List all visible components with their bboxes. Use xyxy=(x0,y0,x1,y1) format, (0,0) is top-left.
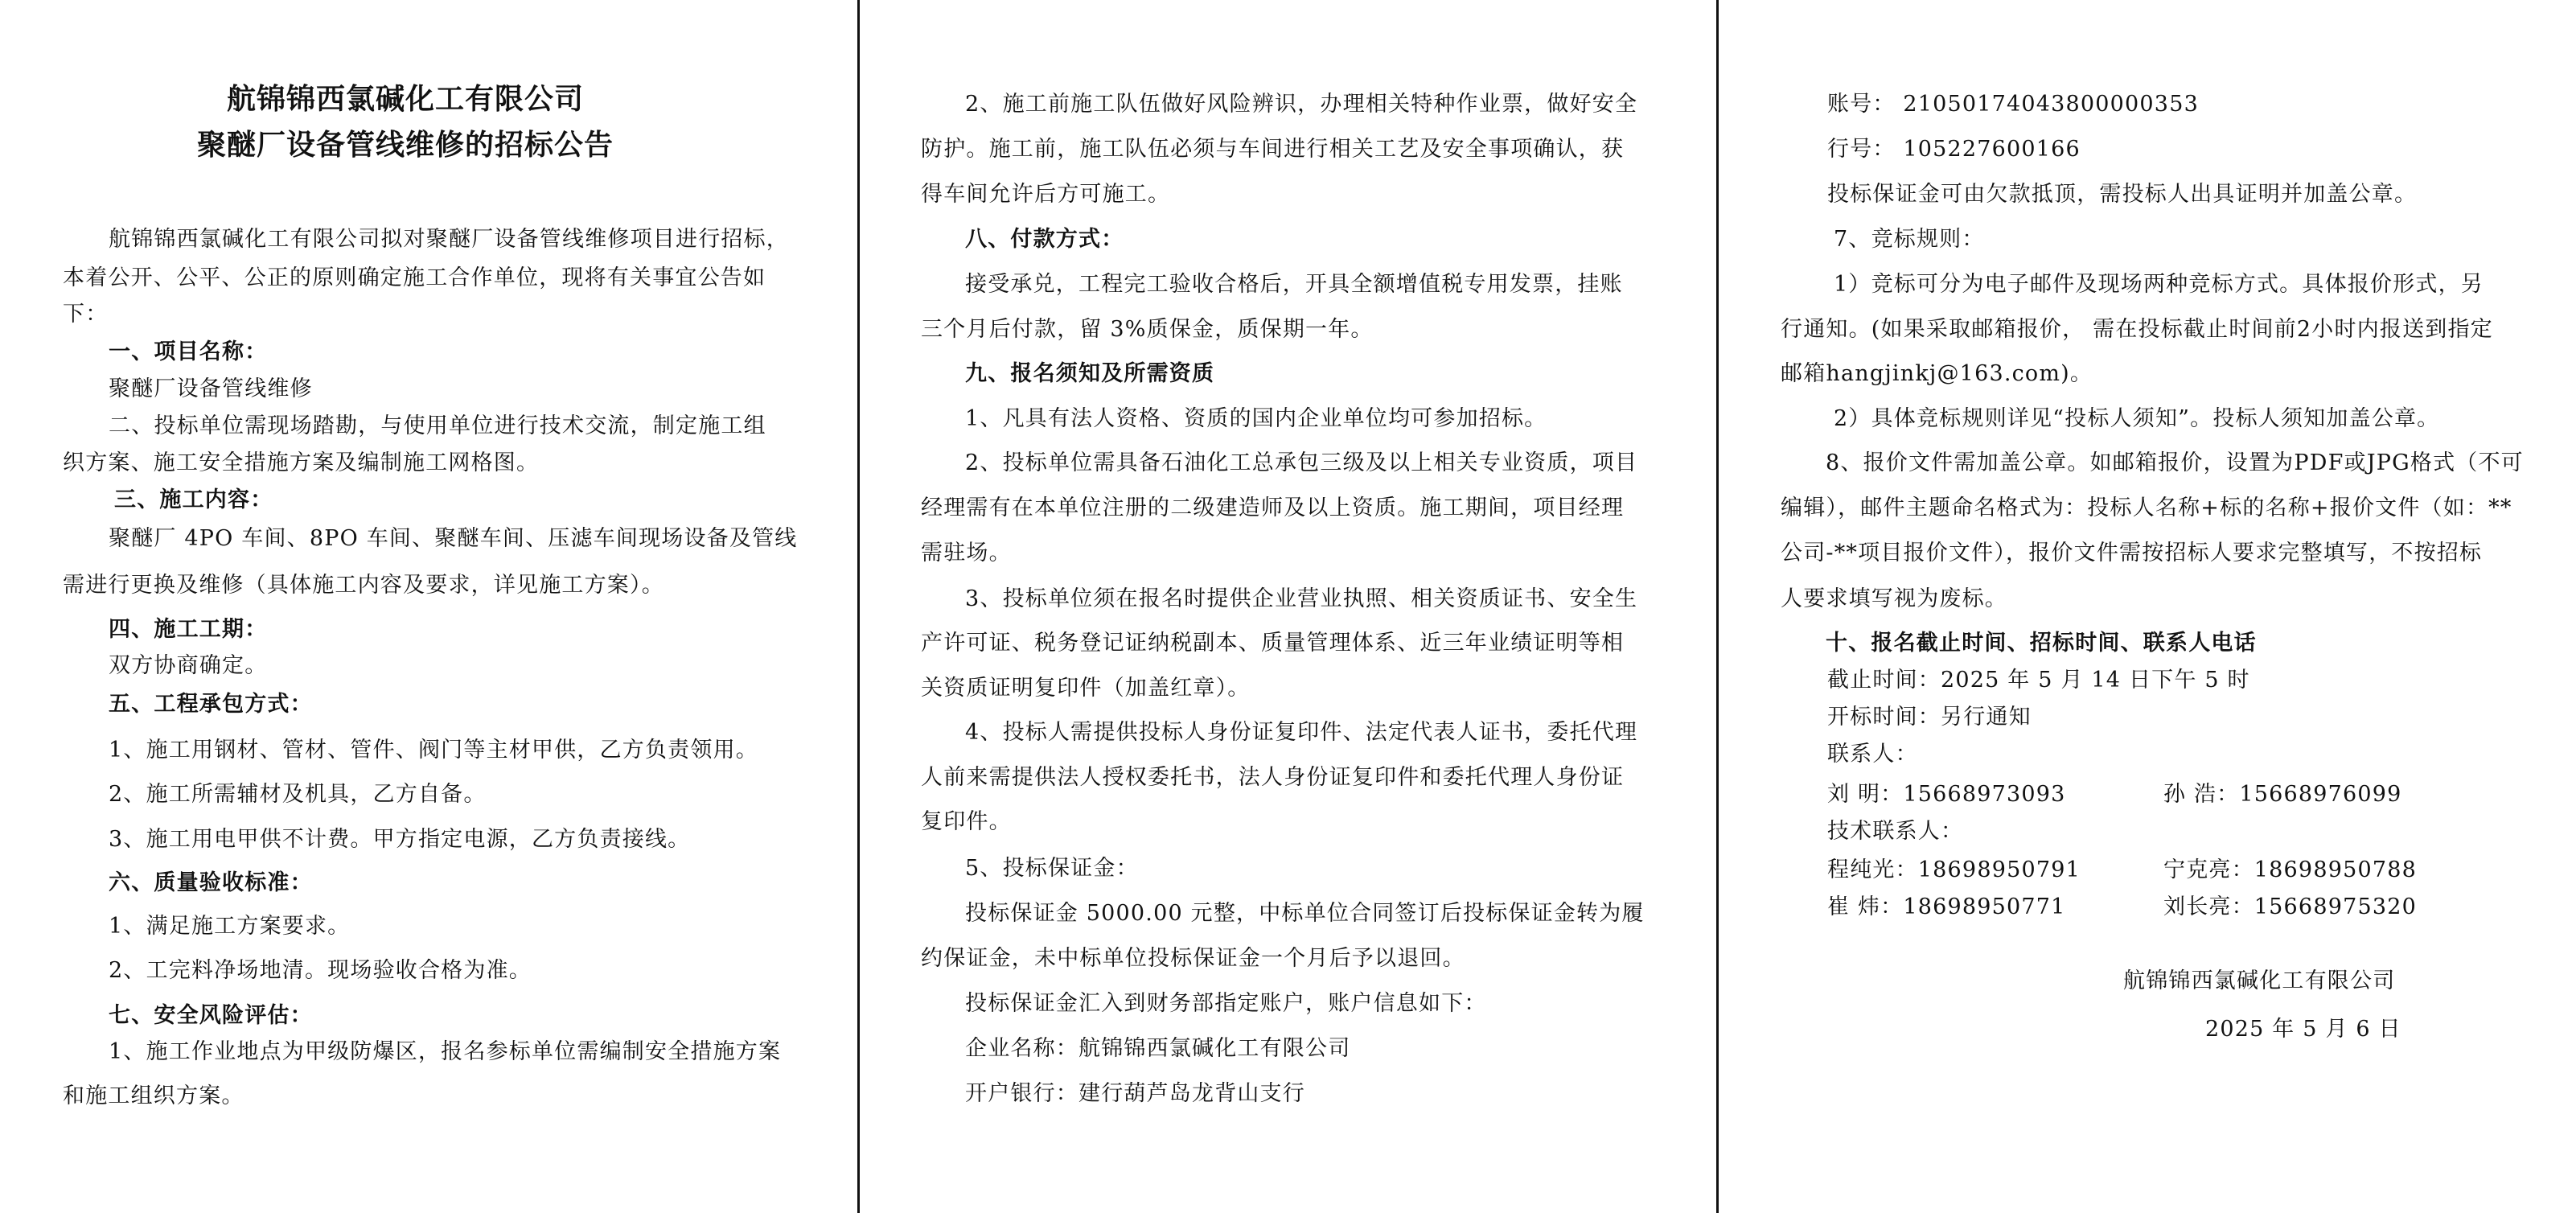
text-line: 邮箱hangjinkj@163.com)。 xyxy=(1781,360,2093,389)
text-line: 双方协商确定。 xyxy=(109,652,267,681)
text-line: 截止时间：2025 年 5 月 14 日下午 5 时 xyxy=(1827,666,2250,695)
text-line: 孙 浩：15668976099 xyxy=(2163,780,2402,809)
text-line: 复印件。 xyxy=(921,808,1012,837)
section-heading: 八、付款方式： xyxy=(965,225,1124,254)
text-line: 崔 炜：18698950771 xyxy=(1827,893,2066,922)
section-heading: 九、报名须知及所需资质 xyxy=(965,360,1214,389)
text-line: 需进行更换及维修（具体施工内容及要求，详见施工方案）。 xyxy=(63,571,664,600)
text-line: 经理需有在本单位注册的二级建造师及以上资质。施工期间，项目经理 xyxy=(921,494,1624,523)
text-line: 编辑），邮件主题命名格式为：投标人名称+标的名称+报价文件（如：** xyxy=(1781,494,2512,523)
text-line: 产许可证、税务登记证纳税副本、质量管理体系、近三年业绩证明等相 xyxy=(921,629,1624,658)
text-line: 8、报价文件需加盖公章。如邮箱报价，设置为PDF或JPG格式（不可 xyxy=(1826,449,2524,478)
text-line: 航锦锦西氯碱化工有限公司 xyxy=(2123,967,2395,996)
text-line: 需驻场。 xyxy=(921,539,1012,568)
document-title-line-2: 聚醚厂设备管线维修的招标公告 xyxy=(197,126,614,165)
text-line: 投标保证金可由欠款抵顶，需投标人出具证明并加盖公章。 xyxy=(1827,180,2417,209)
page-1: 航锦锦西氯碱化工有限公司 聚醚厂设备管线维修的招标公告 航锦锦西氯碱化工有限公司… xyxy=(0,0,858,1213)
text-line: 账号： 21050174043800000353 xyxy=(1827,90,2199,119)
text-line: 聚醚厂设备管线维修 xyxy=(109,375,313,404)
text-line: 约保证金，未中标单位投标保证金一个月后予以退回。 xyxy=(921,944,1465,973)
text-line: 技术联系人： xyxy=(1827,817,1963,846)
document-title-line-1: 航锦锦西氯碱化工有限公司 xyxy=(227,80,584,119)
text-line: 人要求填写视为废标。 xyxy=(1781,585,2007,614)
text-line: 2、施工所需辅材及机具，乙方自备。 xyxy=(109,780,487,809)
section-heading: 五、工程承包方式： xyxy=(109,690,313,719)
text-line: 关资质证明复印件（加盖红章）。 xyxy=(921,674,1251,703)
section-heading: 一、项目名称： xyxy=(109,338,267,367)
text-line: 聚醚厂 4PO 车间、8PO 车间、聚醚车间、压滤车间现场设备及管线 xyxy=(109,524,798,553)
text-line: 企业名称：航锦锦西氯碱化工有限公司 xyxy=(965,1034,1350,1063)
text-line: 三个月后付款，留 3%质保金，质保期一年。 xyxy=(921,315,1374,344)
text-line: 投标保证金汇入到财务部指定账户，账户信息如下： xyxy=(965,989,1487,1018)
text-line: 1、满足施工方案要求。 xyxy=(109,912,350,941)
text-line: 刘长亮：15668975320 xyxy=(2163,893,2417,922)
text-line: 下： xyxy=(63,300,108,329)
text-line: 二、投标单位需现场踏勘，与使用单位进行技术交流，制定施工组 xyxy=(109,412,766,441)
text-line: 2、工完料净场地清。现场验收合格为准。 xyxy=(109,956,532,985)
text-line: 联系人： xyxy=(1827,740,1918,769)
text-line: 行号： 105227600166 xyxy=(1827,135,2081,164)
section-heading: 十、报名截止时间、招标时间、联系人电话 xyxy=(1826,629,2257,658)
page-2: 2、施工前施工队伍做好风险辨识，办理相关特种作业票，做好安全防护。施工前，施工队… xyxy=(860,0,1717,1213)
text-line: 1、施工用钢材、管材、管件、阀门等主材甲供，乙方负责领用。 xyxy=(109,736,758,765)
text-line: 行通知。(如果采取邮箱报价， 需在投标截止时间前2小时内报送到指定 xyxy=(1781,315,2493,344)
text-line: 4、投标人需提供投标人身份证复印件、法定代表人证书，委托代理 xyxy=(965,718,1637,747)
text-line: 1、施工作业地点为甲级防爆区，报名参标单位需编制安全措施方案 xyxy=(109,1038,781,1067)
text-line: 2025 年 5 月 6 日 xyxy=(2205,1015,2401,1044)
text-line: 7、竞标规则： xyxy=(1834,225,1985,254)
section-heading: 六、质量验收标准： xyxy=(109,869,313,898)
text-line: 航锦锦西氯碱化工有限公司拟对聚醚厂设备管线维修项目进行招标， xyxy=(109,225,789,254)
text-line: 程纯光：18698950791 xyxy=(1827,856,2081,885)
text-line: 开户银行：建行葫芦岛龙背山支行 xyxy=(965,1079,1305,1108)
text-line: 投标保证金 5000.00 元整，中标单位合同签订后投标保证金转为履 xyxy=(965,899,1645,928)
text-line: 5、投标保证金： xyxy=(965,854,1139,883)
section-heading: 三、施工内容： xyxy=(114,486,273,515)
text-line: 2、施工前施工队伍做好风险辨识，办理相关特种作业票，做好安全 xyxy=(965,90,1637,119)
text-line: 得车间允许后方可施工。 xyxy=(921,180,1170,209)
text-line: 2、投标单位需具备石油化工总承包三级及以上相关专业资质，项目 xyxy=(965,449,1637,478)
text-line: 刘 明：15668973093 xyxy=(1827,780,2066,809)
text-line: 接受承兑，工程完工验收合格后，开具全额增值税专用发票，挂账 xyxy=(965,270,1623,299)
text-line: 3、投标单位须在报名时提供企业营业执照、相关资质证书、安全生 xyxy=(965,585,1637,614)
text-line: 2）具体竞标规则详见“投标人须知”。投标人须知加盖公章。 xyxy=(1834,405,2439,434)
text-line: 3、施工用电甲供不计费。甲方指定电源，乙方负责接线。 xyxy=(109,825,690,854)
text-line: 和施工组织方案。 xyxy=(63,1082,244,1111)
text-line: 织方案、施工安全措施方案及编制施工网格图。 xyxy=(63,449,539,478)
text-line: 宁克亮：18698950788 xyxy=(2163,856,2417,885)
text-line: 公司-**项目报价文件），报价文件需按招标人要求完整填写，不按招标 xyxy=(1781,539,2482,568)
text-line: 1、凡具有法人资格、资质的国内企业单位均可参加招标。 xyxy=(965,405,1547,434)
text-line: 防护。施工前，施工队伍必须与车间进行相关工艺及安全事项确认，获 xyxy=(921,135,1624,164)
section-heading: 四、施工工期： xyxy=(109,615,267,644)
section-heading: 七、安全风险评估： xyxy=(109,1001,313,1030)
text-line: 本着公开、公平、公正的原则确定施工合作单位，现将有关事宜公告如 xyxy=(63,264,766,293)
page-3: 账号： 21050174043800000353行号： 105227600166… xyxy=(1719,0,2576,1213)
text-line: 人前来需提供法人授权委托书，法人身份证复印件和委托代理人身份证 xyxy=(921,763,1624,792)
text-line: 1）竞标可分为电子邮件及现场两种竞标方式。具体报价形式，另 xyxy=(1834,270,2484,299)
text-line: 开标时间：另行通知 xyxy=(1827,703,2032,732)
